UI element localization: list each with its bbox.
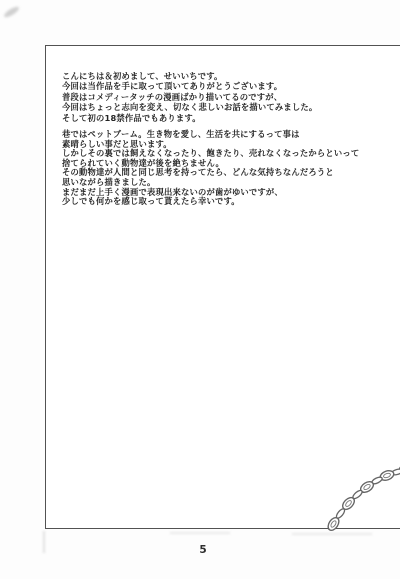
afterword-line: こんにちは＆初めまして、せいいちです。 <box>62 71 359 81</box>
afterword-text-block: こんにちは＆初めまして、せいいちです。 今回は当作品を手に取って頂いてありがとう… <box>62 71 359 207</box>
afterword-line: 今回は当作品を手に取って頂いてありがとうございます。 <box>62 81 359 91</box>
scan-streak-artifact <box>43 531 45 553</box>
page-number: 5 <box>195 544 211 556</box>
afterword-paragraph-2: 巷ではペットブーム。生き物を愛し、生活を共にするって事は 素晴らしい事だと思いま… <box>62 130 359 207</box>
chain-icon <box>300 448 400 533</box>
afterword-line: 少しでも何かを感じ取って貰えたら幸いです。 <box>62 197 359 207</box>
afterword-paragraph-1: こんにちは＆初めまして、せいいちです。 今回は当作品を手に取って頂いてありがとう… <box>62 71 359 123</box>
scan-smudge-artifact <box>3 5 21 19</box>
afterword-line: 今回はちょっと志向を変え、切なく悲しいお話を描いてみました。 <box>62 102 359 112</box>
scan-streak-artifact <box>292 533 372 535</box>
scanned-doujin-afterword-page: { "page": { "number": "5" }, "afterword"… <box>0 0 400 579</box>
afterword-line: 普段はコメディータッチの漫画ばかり描いてるのですが、 <box>62 92 359 102</box>
afterword-line: そして初の18禁作品でもあります。 <box>62 113 359 123</box>
scan-streak-artifact <box>170 532 230 534</box>
